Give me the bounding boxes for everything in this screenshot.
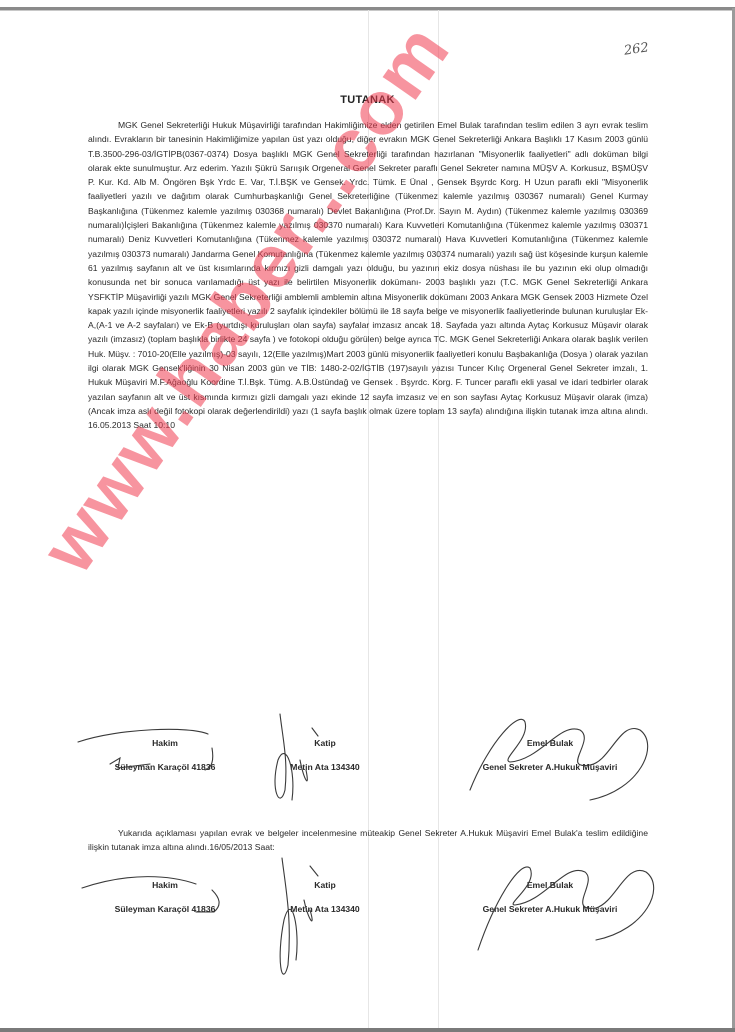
scan-bottom-border <box>0 1028 735 1032</box>
clerk-role: Katip <box>260 880 390 890</box>
recipient-role: Emel Bulak <box>440 880 660 890</box>
clerk-role: Katip <box>260 738 390 748</box>
judge-signature-block: Hakim Süleyman Karaçöl 41836 <box>80 880 250 914</box>
document-body: MGK Genel Sekreterliği Hukuk Müşavirliği… <box>88 118 648 433</box>
judge-name: Süleyman Karaçöl 41836 <box>80 904 250 914</box>
clerk-signature-block: Katip Metin Ata 134340 <box>260 738 390 772</box>
recipient-name: Genel Sekreter A.Hukuk Müşaviri <box>440 762 660 772</box>
signature-row-2: Hakim Süleyman Karaçöl 41836 Katip Metin… <box>80 880 660 940</box>
clerk-signature-block: Katip Metin Ata 134340 <box>260 880 390 914</box>
recipient-role: Emel Bulak <box>440 738 660 748</box>
judge-role: Hakim <box>80 738 250 748</box>
judge-signature-block: Hakim Süleyman Karaçöl 41836 <box>80 738 250 772</box>
signature-row-1: Hakim Süleyman Karaçöl 41836 Katip Metin… <box>80 738 660 798</box>
closing-statement: Yukarıda açıklaması yapılan evrak ve bel… <box>88 826 648 855</box>
document-title: TUTANAK <box>0 94 735 106</box>
recipient-name: Genel Sekreter A.Hukuk Müşaviri <box>440 904 660 914</box>
judge-role: Hakim <box>80 880 250 890</box>
judge-name: Süleyman Karaçöl 41836 <box>80 762 250 772</box>
clerk-name: Metin Ata 134340 <box>260 904 390 914</box>
recipient-signature-block: Emel Bulak Genel Sekreter A.Hukuk Müşavi… <box>440 880 660 914</box>
recipient-signature-block: Emel Bulak Genel Sekreter A.Hukuk Müşavi… <box>440 738 660 772</box>
handwritten-page-number: 262 <box>623 40 650 58</box>
clerk-name: Metin Ata 134340 <box>260 762 390 772</box>
